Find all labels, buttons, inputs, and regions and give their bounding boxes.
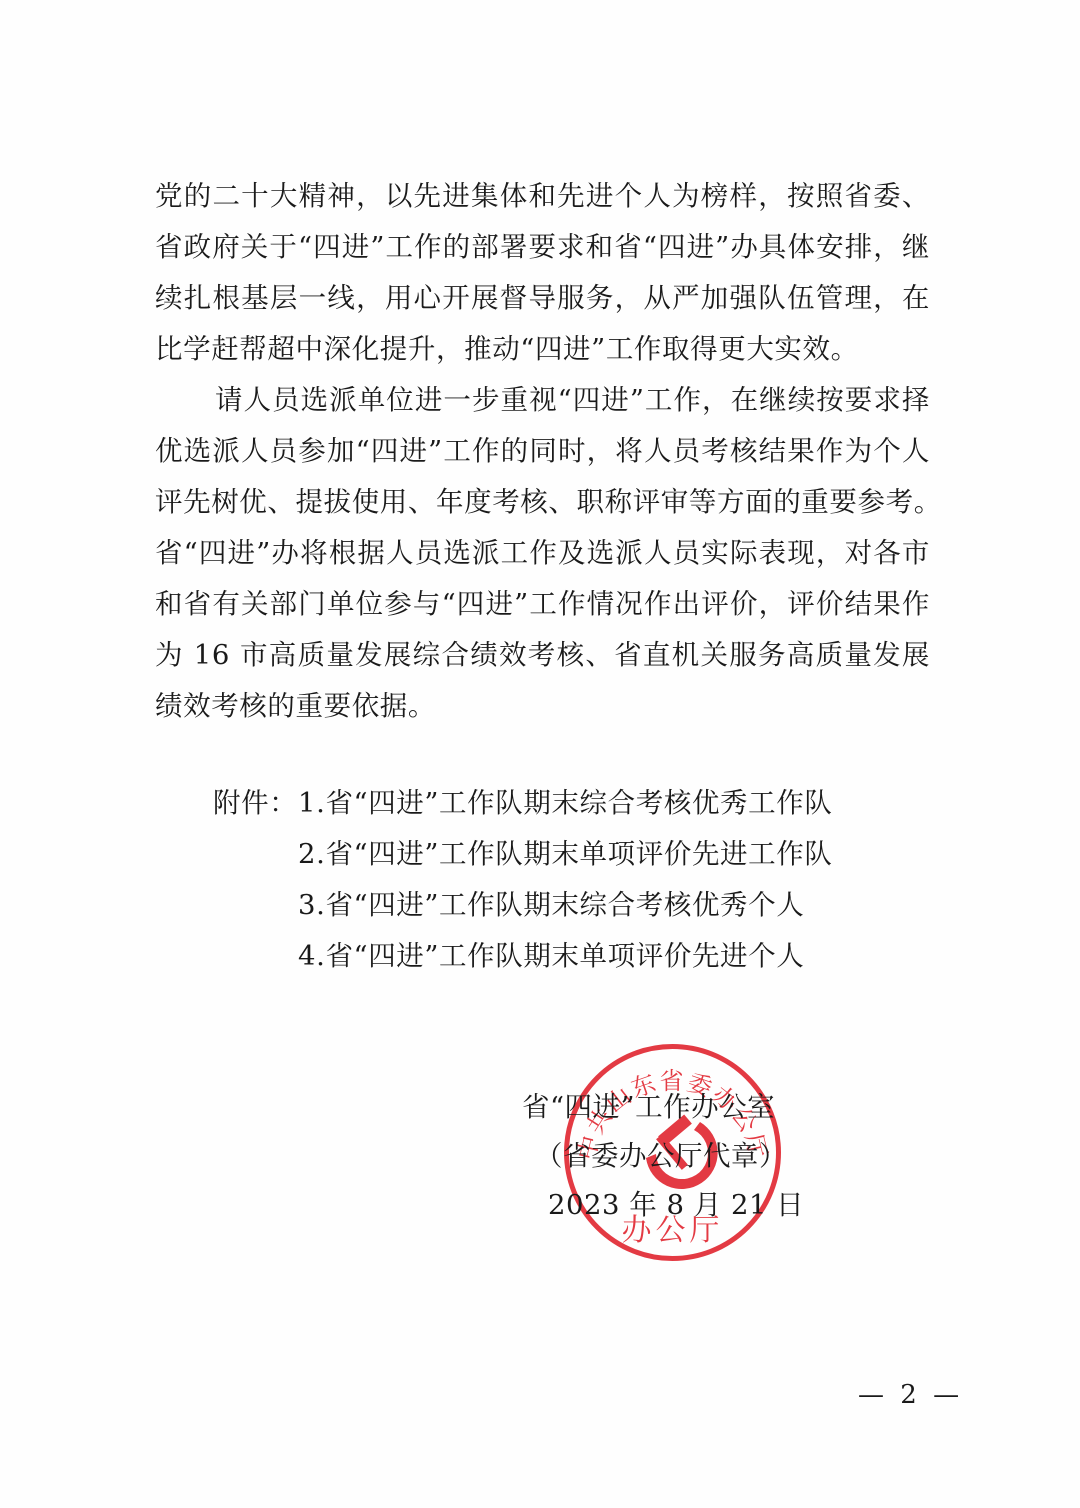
issuer-name: 省“四进”工作办公室 xyxy=(522,1089,775,1125)
attachment-item: 1.省“四进”工作队期末综合考核优秀工作队 xyxy=(298,785,832,821)
text-line: 续扎根基层一线，用心开展督导服务，从严加强队伍管理，在 xyxy=(155,280,930,316)
issue-date: 2023 年 8 月 21 日 xyxy=(548,1187,804,1223)
text-line: 为 16 市高质量发展综合绩效考核、省直机关服务高质量发展 xyxy=(155,637,930,673)
attachment-item: 2.省“四进”工作队期末单项评价先进工作队 xyxy=(298,836,832,872)
text-line: 优选派人员参加“四进”工作的同时，将人员考核结果作为个人 xyxy=(155,433,930,469)
text-line: 比学赶帮超中深化提升，推动“四进”工作取得更大实效。 xyxy=(155,331,930,367)
attachment-item: 4.省“四进”工作队期末单项评价先进个人 xyxy=(298,938,804,974)
text-line: 评先树优、提拔使用、年度考核、职称评审等方面的重要参考。 xyxy=(155,484,930,520)
text-line: 省政府关于“四进”工作的部署要求和省“四进”办具体安排，继 xyxy=(155,229,930,265)
page-number: — 2 — xyxy=(858,1378,963,1412)
attachment-item: 3.省“四进”工作队期末综合考核优秀个人 xyxy=(298,887,804,923)
text-line: 请人员选派单位进一步重视“四进”工作，在继续按要求择 xyxy=(215,382,930,418)
text-line: 党的二十大精神，以先进集体和先进个人为榜样，按照省委、 xyxy=(155,178,930,214)
text-line: 省“四进”办将根据人员选派工作及选派人员实际表现，对各市 xyxy=(155,535,930,571)
seal-note: （省委办公厅代章） xyxy=(535,1138,787,1174)
attachments-label: 附件： xyxy=(213,785,297,821)
text-line: 和省有关部门单位参与“四进”工作情况作出评价，评价结果作 xyxy=(155,586,930,622)
document-page: 党的二十大精神，以先进集体和先进个人为榜样，按照省委、 省政府关于“四进”工作的… xyxy=(0,0,1080,1508)
text-line: 绩效考核的重要依据。 xyxy=(155,688,930,724)
